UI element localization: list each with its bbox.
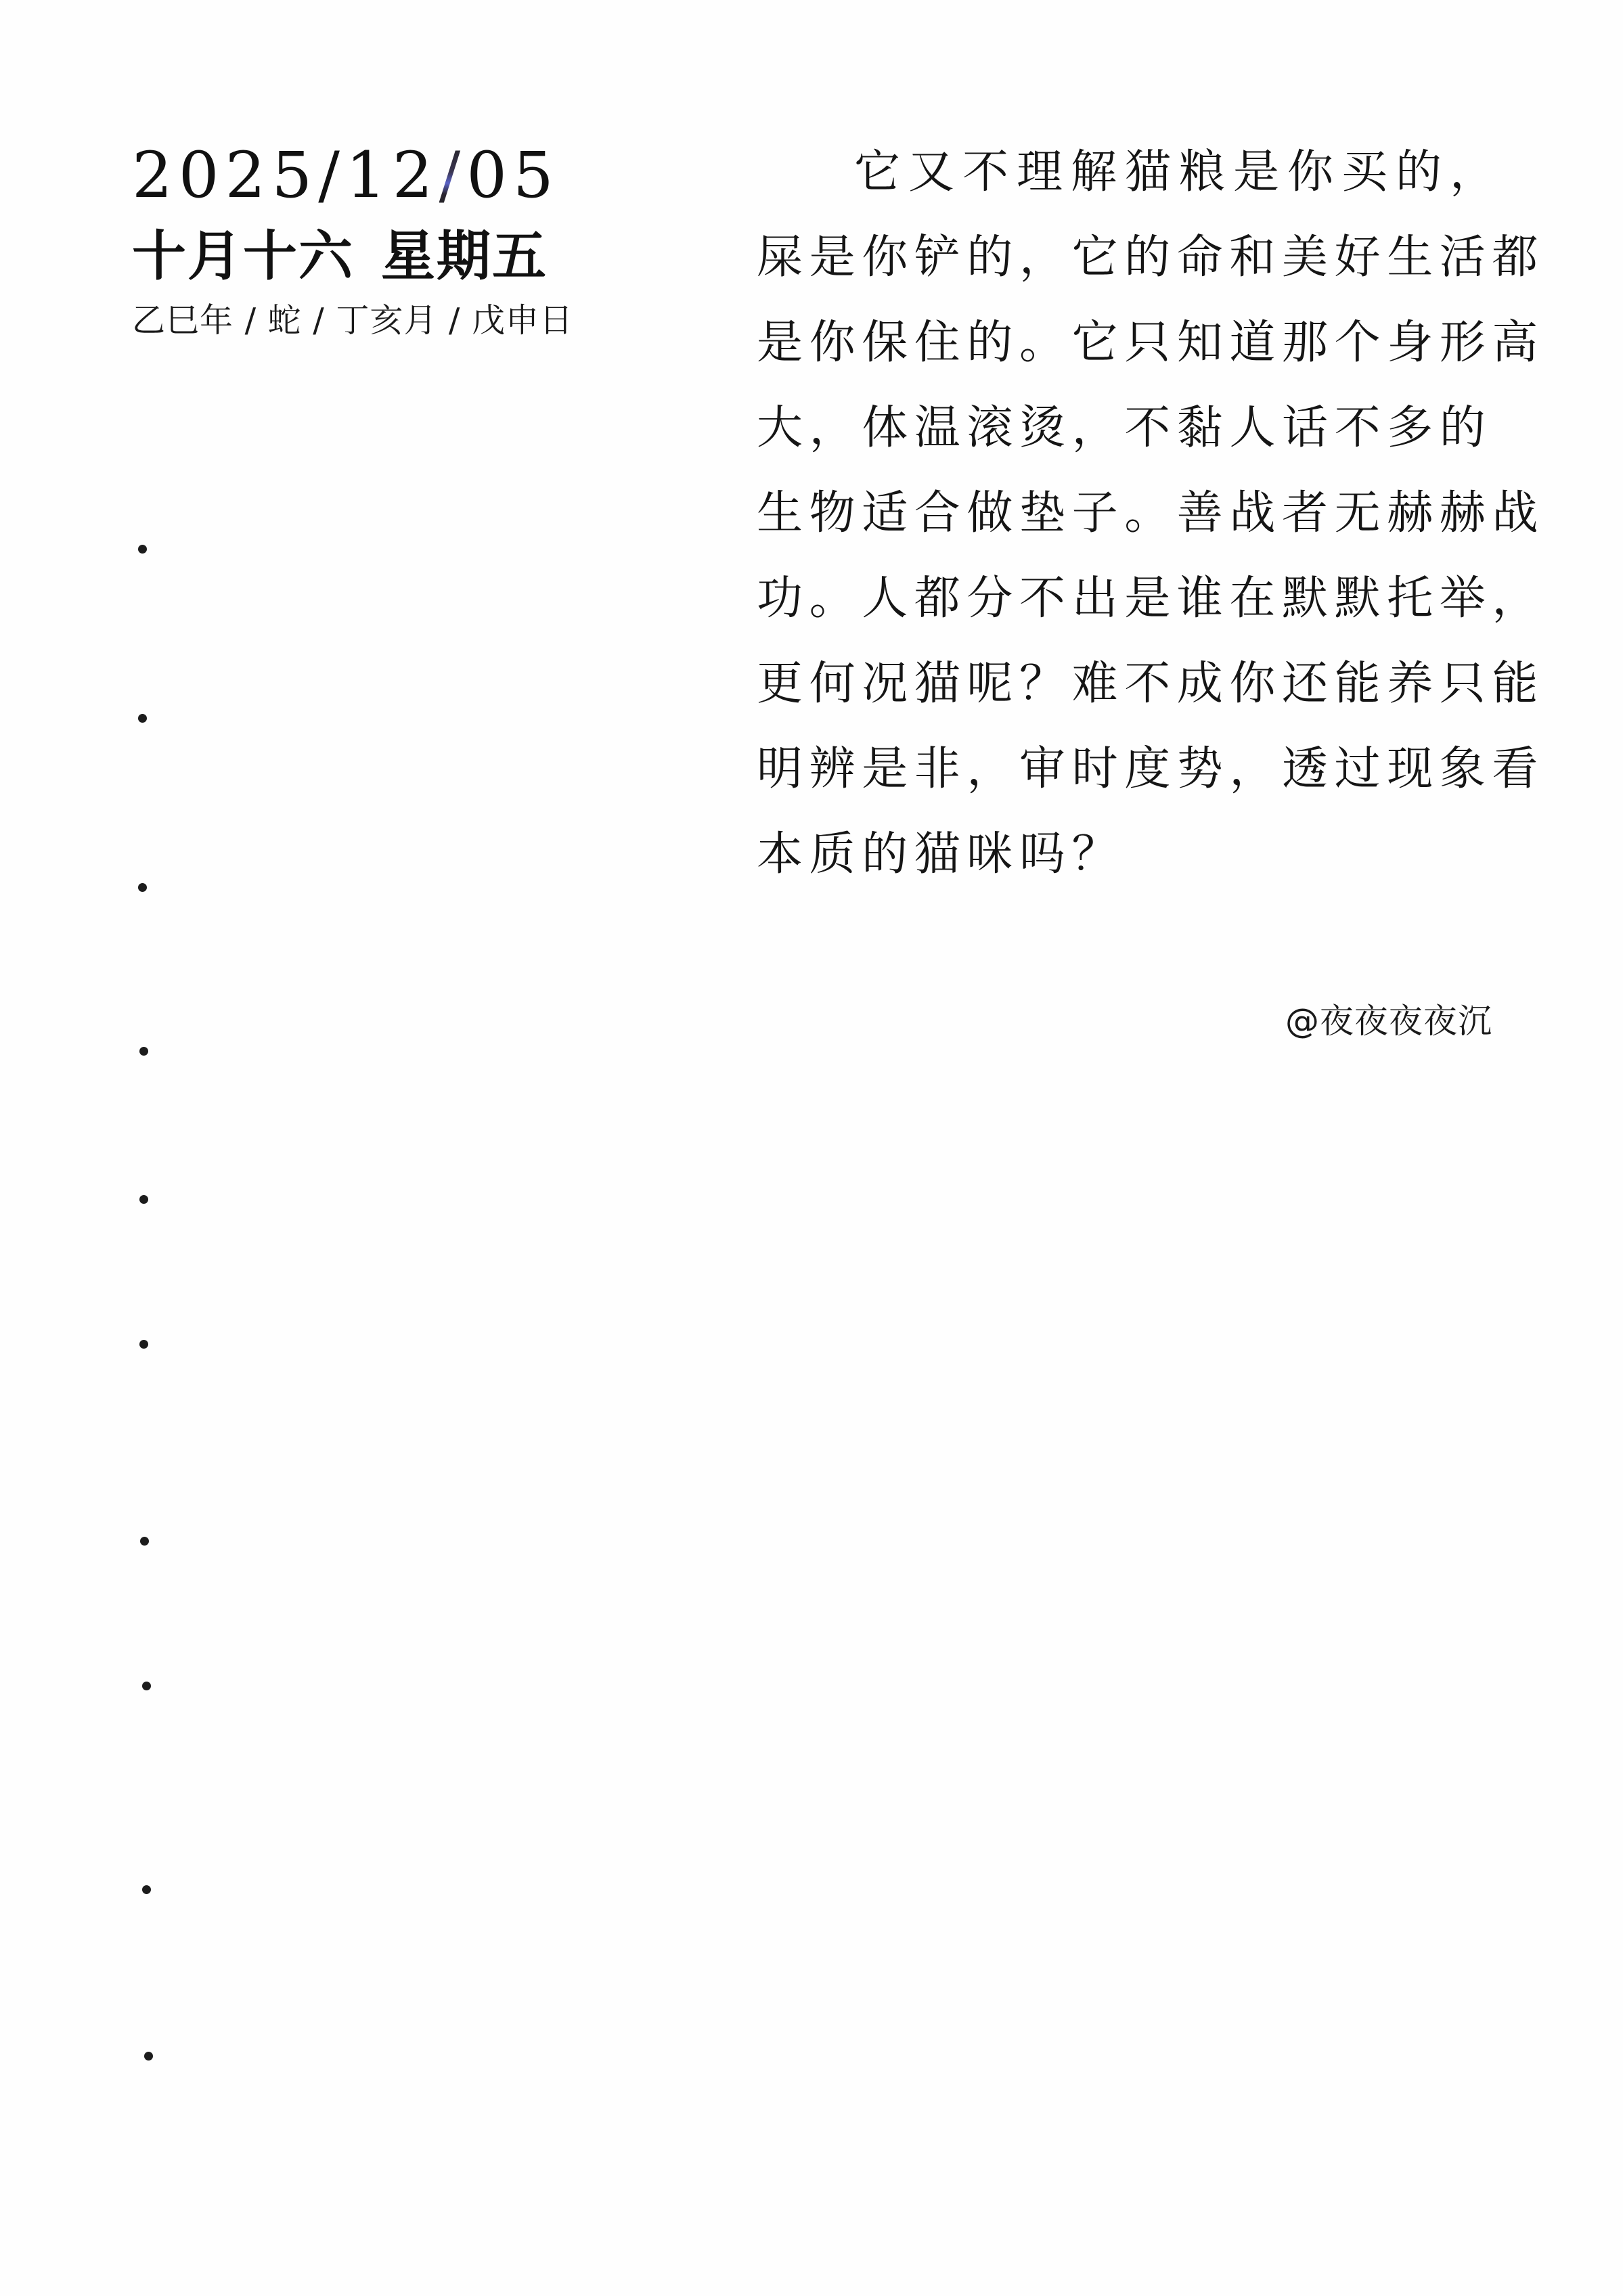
lunar-date: 十月十六 (132, 225, 354, 288)
bullet-dot (139, 1047, 148, 1056)
author-attribution: @夜夜夜夜沉 (1285, 997, 1492, 1045)
date-month: 12 (346, 139, 439, 212)
journal-page: 2025/12/05 十月十六星期五 乙巳年 / 蛇 / 丁亥月 / 戊申日 它… (0, 0, 1623, 2296)
essay-line: 它又不理解猫粮是你买的， (757, 130, 1498, 215)
bullet-dot (140, 1537, 149, 1546)
bullet-dot (139, 1195, 148, 1204)
date-day: 05 (466, 139, 560, 212)
date-header: 2025/12/05 十月十六星期五 乙巳年 / 蛇 / 丁亥月 / 戊申日 (132, 139, 673, 344)
bullet-dot (138, 545, 147, 554)
date-separator: / (318, 139, 346, 212)
bullet-dot (138, 714, 147, 723)
ganzhi-line: 乙巳年 / 蛇 / 丁亥月 / 戊申日 (132, 297, 673, 344)
weekday: 星期五 (381, 225, 548, 288)
essay-line: 大，体温滚烫，不黏人话不多的 (757, 386, 1498, 471)
essay-line: 明辨是非，审时度势，透过现象看 (757, 727, 1498, 812)
lunar-date-line: 十月十六星期五 (132, 223, 673, 290)
bullet-dot (138, 883, 147, 892)
date-year: 2025 (132, 139, 318, 212)
essay-line: 本质的猫咪吗？ (757, 812, 1498, 897)
bullet-dot (142, 1682, 151, 1690)
essay-line: 更何况猫呢？难不成你还能养只能 (757, 641, 1498, 727)
essay-line: 功。人都分不出是谁在默默托举， (757, 556, 1498, 641)
essay-line: 是你保住的。它只知道那个身形高 (757, 300, 1498, 386)
essay-paragraph: 它又不理解猫粮是你买的， 屎是你铲的，它的命和美好生活都 是你保住的。它只知道那… (757, 130, 1498, 897)
date-separator-accent: / (439, 139, 467, 212)
bullet-dot (139, 1340, 148, 1349)
essay-line: 生物适合做垫子。善战者无赫赫战 (757, 471, 1498, 556)
bullet-dot (142, 1885, 151, 1894)
gregorian-date: 2025/12/05 (132, 139, 673, 213)
essay-line: 屎是你铲的，它的命和美好生活都 (757, 215, 1498, 300)
bullet-dot (144, 2052, 153, 2061)
